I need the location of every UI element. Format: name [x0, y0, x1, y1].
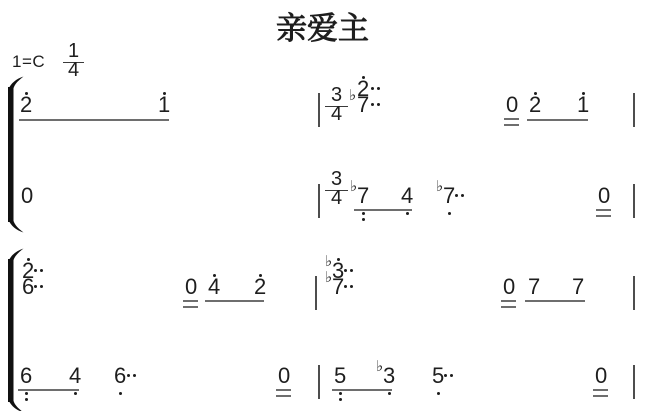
time-signature-numerator: 3 [325, 85, 348, 105]
rest-underline [593, 389, 608, 391]
meter-denominator: 4 [63, 60, 84, 80]
duration-dot-icon [350, 285, 353, 288]
duration-dot-icon [371, 103, 374, 106]
chord-lower-digit: 6 [22, 276, 34, 298]
time-signature-denominator: 4 [325, 188, 348, 208]
rest-underline [183, 300, 198, 302]
note-digit: 1 [158, 94, 170, 116]
rest-underline [596, 215, 611, 217]
note-digit: 2 [254, 276, 266, 298]
chord-lower-digit: 7 [332, 276, 344, 298]
note-digit: 6 [114, 365, 126, 387]
note-digit: 1 [577, 94, 589, 116]
rest-underline [504, 118, 519, 120]
duration-dot-icon [344, 285, 347, 288]
rest-underline [504, 124, 519, 126]
rest-underline [596, 209, 611, 211]
rest-digit: 0 [598, 185, 610, 207]
rest-digit: 0 [595, 365, 607, 387]
beam-line [525, 300, 585, 302]
duration-dot-icon [461, 194, 464, 197]
rest-digit: 0 [185, 276, 197, 298]
octave-dot-down-icon [406, 212, 409, 215]
note-digit: 4 [69, 365, 81, 387]
octave-dot-down-icon [339, 398, 342, 401]
rest-underline [183, 306, 198, 308]
meter-numerator: 1 [63, 41, 84, 61]
rest-digit: 0 [506, 94, 518, 116]
duration-dot-icon [455, 194, 458, 197]
note-digit: 4 [208, 276, 220, 298]
song-title: 亲爱主 [0, 10, 645, 48]
duration-dot-icon [34, 285, 37, 288]
rest-underline [501, 300, 516, 302]
duration-dot-icon [127, 374, 130, 377]
rest-underline [593, 395, 608, 397]
note-digit: 7 [572, 276, 584, 298]
sheet-music-page: 亲爱主 1=C 1 4 2 1 3 4 ♭ 2 7 0 2 1 0 3 4 ♭ … [0, 0, 645, 411]
duration-dot-icon [377, 103, 380, 106]
note-digit: 5 [334, 365, 346, 387]
duration-dot-icon [450, 374, 453, 377]
rest-digit: 0 [503, 276, 515, 298]
octave-dot-down-icon [448, 212, 451, 215]
flat-icon: ♭ [349, 88, 356, 103]
note-digit: 7 [443, 185, 455, 207]
note-digit: 6 [20, 365, 32, 387]
time-signature-denominator: 4 [325, 104, 348, 124]
octave-dot-up-icon [582, 92, 585, 95]
duration-dot-icon [40, 269, 43, 272]
octave-dot-down-icon [25, 398, 28, 401]
note-digit: 2 [529, 94, 541, 116]
rest-underline [276, 389, 291, 391]
duration-dot-icon [34, 269, 37, 272]
octave-dot-down-icon [362, 212, 365, 215]
octave-dot-up-icon [534, 92, 537, 95]
barline [315, 276, 317, 310]
octave-dot-down-icon [119, 392, 122, 395]
octave-dot-down-icon [362, 218, 365, 221]
chord-lower-digit: 7 [357, 94, 369, 116]
rest-digit: 0 [21, 185, 33, 207]
barline [633, 365, 635, 399]
note-digit: 7 [528, 276, 540, 298]
barline [318, 365, 320, 399]
key-signature: 1=C [12, 53, 45, 70]
duration-dot-icon [133, 374, 136, 377]
beam-line [354, 209, 412, 211]
beam-line [332, 389, 392, 391]
note-digit: 4 [401, 185, 413, 207]
duration-dot-icon [377, 87, 380, 90]
octave-dot-down-icon [339, 392, 342, 395]
note-digit: 3 [383, 365, 395, 387]
duration-dot-icon [344, 269, 347, 272]
duration-dot-icon [371, 87, 374, 90]
octave-dot-down-icon [437, 392, 440, 395]
octave-dot-up-icon [362, 76, 365, 79]
note-digit: 7 [357, 185, 369, 207]
time-signature-numerator: 3 [325, 169, 348, 189]
octave-dot-up-icon [337, 258, 340, 261]
octave-dot-up-icon [213, 274, 216, 277]
beam-line [18, 389, 79, 391]
beam-line [19, 119, 169, 121]
beam-line [205, 300, 264, 302]
barline [318, 184, 320, 218]
duration-dot-icon [40, 285, 43, 288]
octave-dot-down-icon [388, 392, 391, 395]
note-digit: 5 [432, 365, 444, 387]
system-bracket-icon [0, 0, 645, 411]
barline [633, 184, 635, 218]
rest-underline [501, 306, 516, 308]
octave-dot-up-icon [259, 274, 262, 277]
note-digit: 2 [20, 94, 32, 116]
rest-digit: 0 [278, 365, 290, 387]
barline [633, 93, 635, 127]
duration-dot-icon [350, 269, 353, 272]
octave-dot-up-icon [163, 92, 166, 95]
beam-line [527, 119, 588, 121]
octave-dot-down-icon [74, 392, 77, 395]
barline [633, 276, 635, 310]
octave-dot-up-icon [25, 92, 28, 95]
octave-dot-down-icon [25, 392, 28, 395]
rest-underline [276, 395, 291, 397]
duration-dot-icon [444, 374, 447, 377]
barline [318, 93, 320, 127]
octave-dot-up-icon [27, 258, 30, 261]
